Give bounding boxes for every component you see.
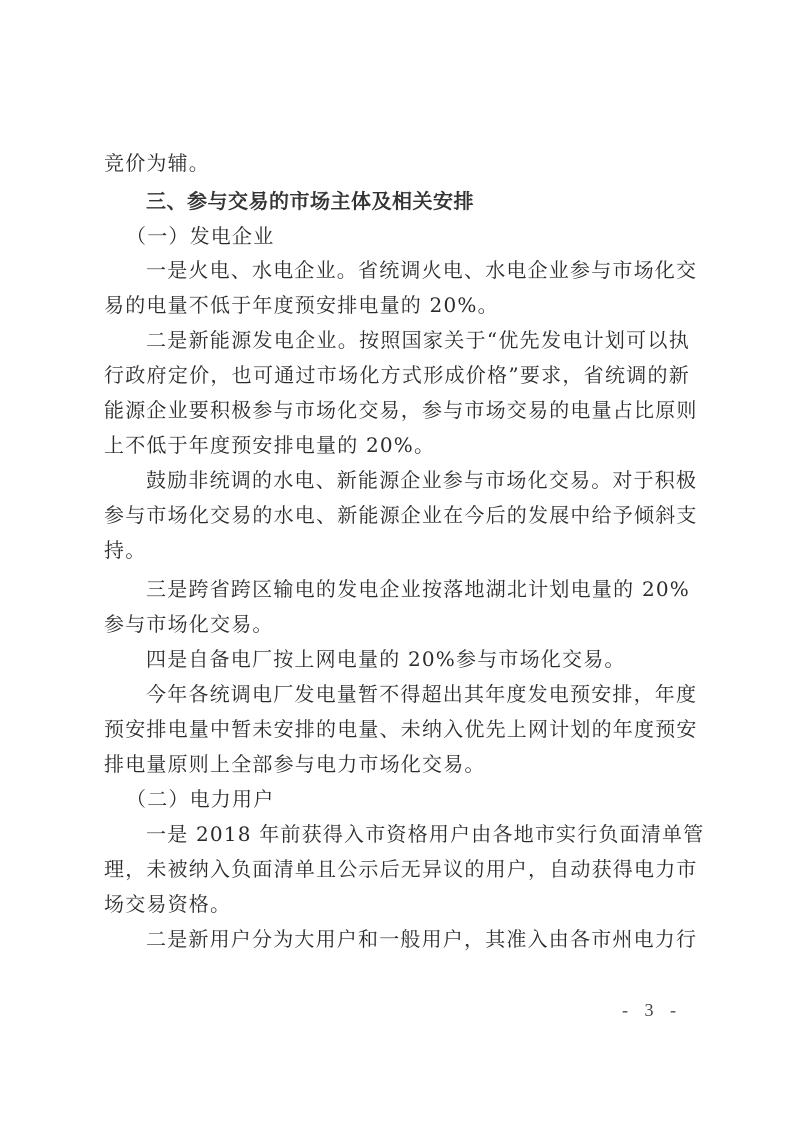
text-line: 今年各统调电厂发电量暂不得超出其年度发电预安排，年度 <box>104 681 690 707</box>
text-line: 二是新能源发电企业。按照国家关于“优先发电计划可以执 <box>104 327 690 353</box>
text-line: 参与市场化交易的水电、新能源企业在今后的发展中给予倾斜支 <box>104 502 690 528</box>
text-line: 排电量原则上全部参与电力市场化交易。 <box>104 751 690 777</box>
text-line: 三是跨省跨区输电的发电企业按落地湖北计划电量的 20% <box>104 576 690 602</box>
text-line: 理，未被纳入负面清单且公示后无异议的用户，自动获得电力市 <box>104 856 690 882</box>
text-line: 持。 <box>104 537 690 563</box>
text-line: 一是火电、水电企业。省统调火电、水电企业参与市场化交 <box>104 257 690 283</box>
document-page: 竞价为辅。三、参与交易的市场主体及相关安排（一）发电企业一是火电、水电企业。省统… <box>0 0 793 1123</box>
subsection-heading: （二）电力用户 <box>104 786 690 812</box>
text-line: 易的电量不低于年度预安排电量的 20%。 <box>104 292 690 318</box>
text-line: 四是自备电厂按上网电量的 20%参与市场化交易。 <box>104 646 690 672</box>
subsection-heading: （一）发电企业 <box>104 223 690 249</box>
text-line: 预安排电量中暂未安排的电量、未纳入优先上网计划的年度预安 <box>104 716 690 742</box>
text-line: 能源企业要积极参与市场化交易，参与市场交易的电量占比原则 <box>104 397 690 423</box>
text-line: 上不低于年度预安排电量的 20%。 <box>104 432 690 458</box>
text-line: 二是新用户分为大用户和一般用户，其准入由各市州电力行 <box>104 926 690 952</box>
text-line: 行政府定价，也可通过市场化方式形成价格”要求，省统调的新 <box>104 362 690 388</box>
text-line: 参与市场化交易。 <box>104 611 690 637</box>
page-number: - 3 - <box>622 1000 682 1021</box>
text-line: 竞价为辅。 <box>104 150 690 176</box>
text-line: 一是 2018 年前获得入市资格用户由各地市实行负面清单管 <box>104 821 690 847</box>
section-heading: 三、参与交易的市场主体及相关安排 <box>104 188 690 214</box>
text-line: 鼓励非统调的水电、新能源企业参与市场化交易。对于积极 <box>104 467 690 493</box>
text-line: 场交易资格。 <box>104 891 690 917</box>
